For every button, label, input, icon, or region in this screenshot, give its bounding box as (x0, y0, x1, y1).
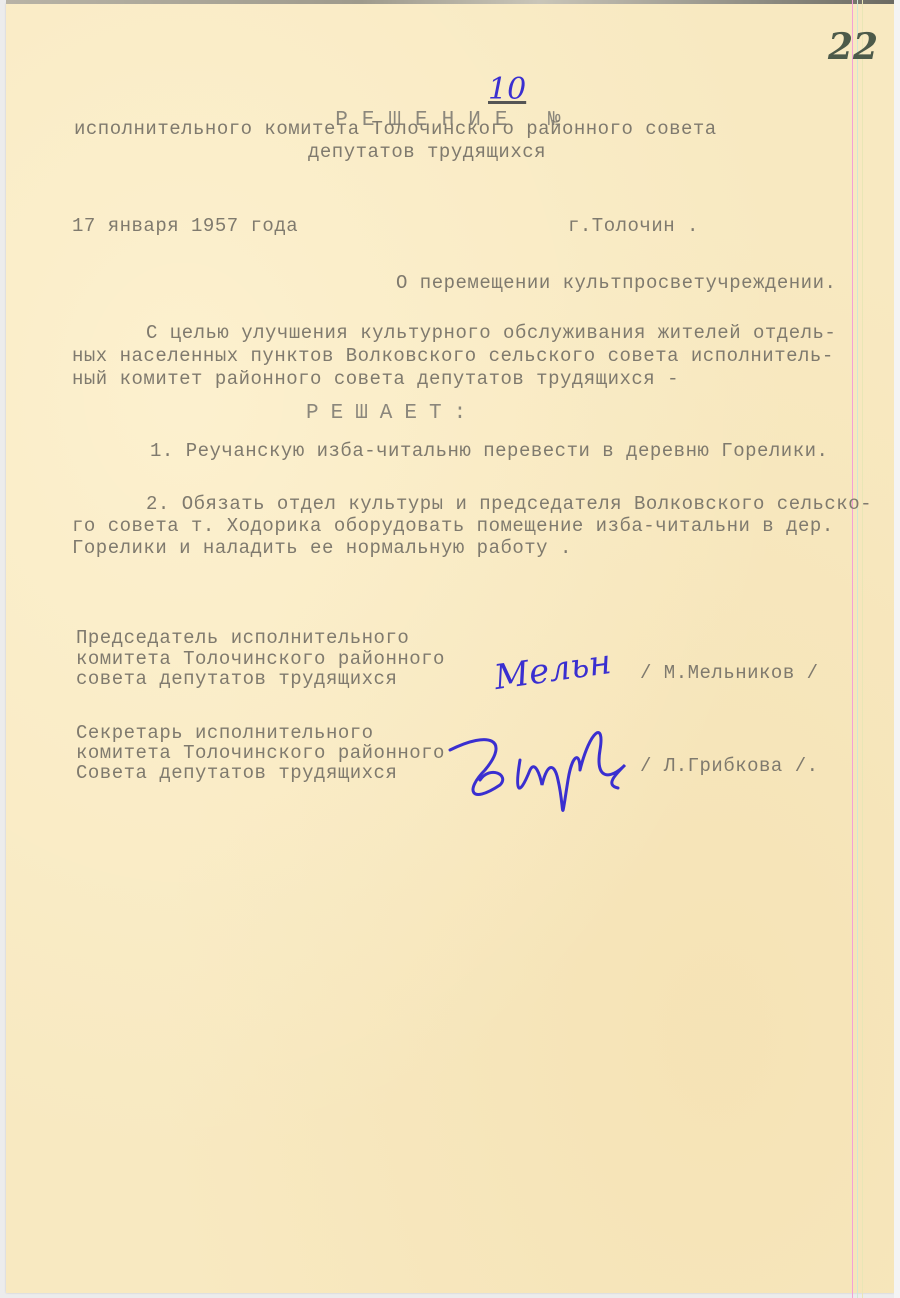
item-2-line-2: го совета т. Ходорика оборудовать помеще… (72, 515, 834, 538)
scan-artifact-line (857, 0, 858, 1298)
chairman-name: / М.Мельников / (640, 662, 819, 685)
decision-number: 10 (488, 72, 526, 107)
preamble-line-2: ных населенных пунктов Волковского сельс… (72, 345, 834, 368)
document-place: г.Толочин . (568, 215, 699, 238)
scan-artifact-line (862, 0, 863, 1298)
page-number: 22 (828, 26, 878, 68)
item-1: 1. Реучанскую изба-читальню перевести в … (150, 440, 828, 463)
chairman-title-1: Председатель исполнительного (76, 627, 409, 650)
document-date: 17 января 1957 года (72, 215, 298, 238)
chairman-title-3: совета депутатов трудящихся (76, 668, 397, 691)
item-2-line-3: Горелики и наладить ее нормальную работу… (72, 537, 572, 560)
preamble-line-3: ный комитет районного совета депутатов т… (72, 368, 679, 391)
scan-artifact-line (852, 0, 853, 1298)
scan-edge (6, 0, 894, 4)
secretary-signature-scribble (430, 710, 640, 840)
issuer-line-1: исполнительного комитета Толочинского ра… (74, 118, 717, 141)
secretary-title-3: Совета депутатов трудящихся (76, 762, 397, 785)
issuer-line-2: депутатов трудящихся (308, 141, 546, 164)
item-2-line-1: 2. Обязать отдел культуры и председателя… (146, 493, 872, 516)
preamble-line-1: С целью улучшения культурного обслуживан… (146, 322, 836, 345)
resolves-heading: РЕШАЕТ: (306, 402, 478, 425)
document-subject: О перемещении культпросветучреждении. (396, 272, 836, 295)
secretary-name: / Л.Грибкова /. (640, 755, 819, 778)
scan-margin (894, 0, 900, 1298)
